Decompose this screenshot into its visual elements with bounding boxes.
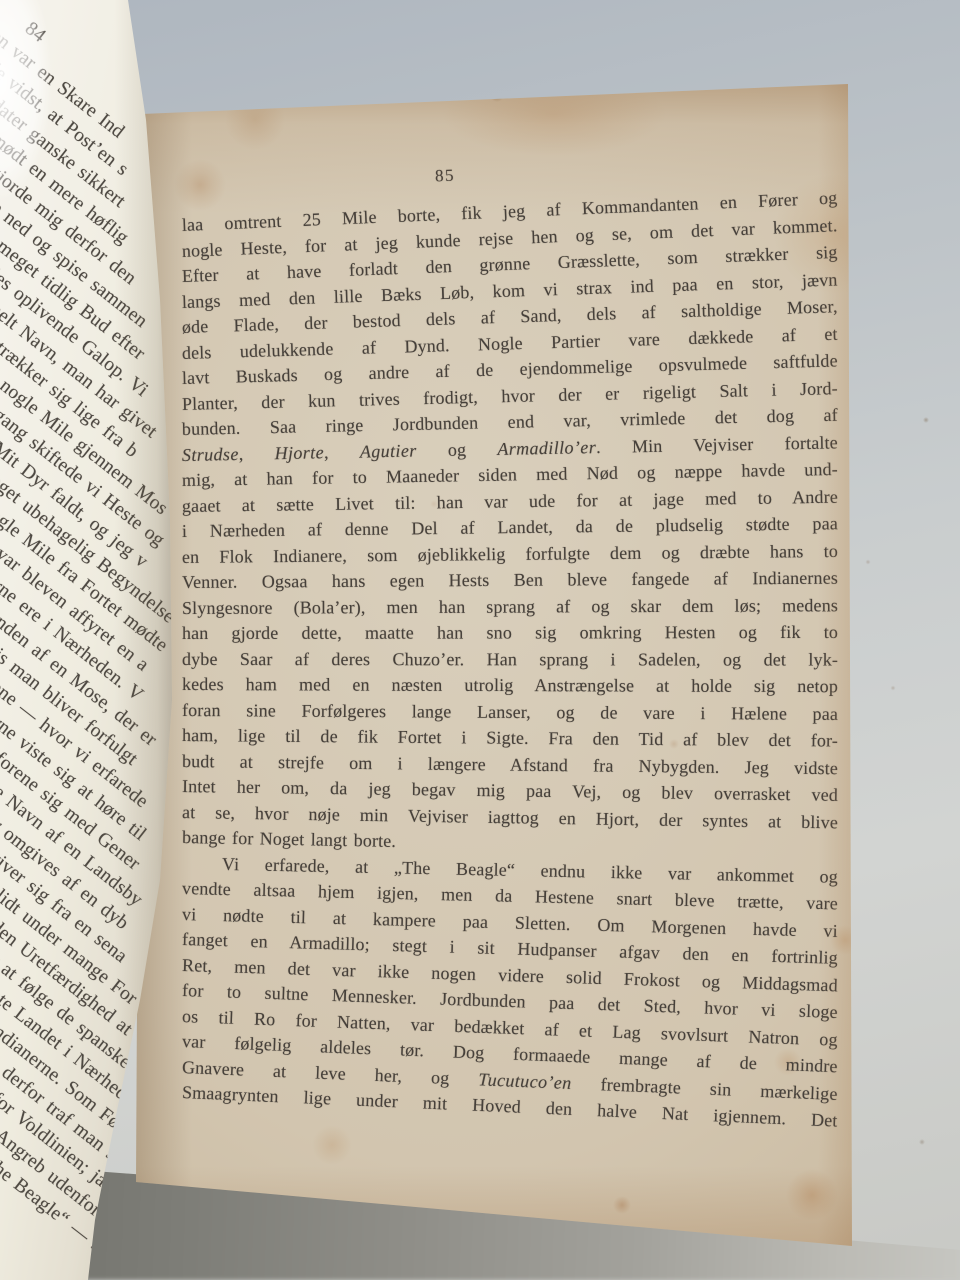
text-line: dybe Saar af deres Chuzo’er. Han sprang … (182, 647, 838, 673)
page-number: 85 (435, 166, 456, 187)
text-block: laa omtrent 25 Mile borte, fik jeg af Ko… (182, 213, 838, 1106)
book-photo: { "photo": { "colors": { "background_top… (0, 0, 960, 1280)
text-line: kedes ham med en næsten utrolig Anstræng… (182, 672, 838, 700)
text-line: Venner. Ogsaa hans egen Hests Ben bleve … (182, 566, 838, 596)
right-page: 85 laa omtrent 25 Mile borte, fik jeg af… (134, 84, 864, 1246)
text-line: Slyngesnore (Bola’er), men han sprang af… (182, 593, 838, 621)
text-line: foran sine Forfølgeres lange Lanser, og … (182, 698, 838, 727)
page-curl-highlight (0, 0, 65, 260)
page-content: 85 laa omtrent 25 Mile borte, fik jeg af… (182, 84, 838, 1106)
text-line: en Flok Indianere, som øjeblikkelig forf… (182, 538, 838, 570)
text-line: han gjorde dette, maatte han sno sig omk… (182, 620, 838, 647)
